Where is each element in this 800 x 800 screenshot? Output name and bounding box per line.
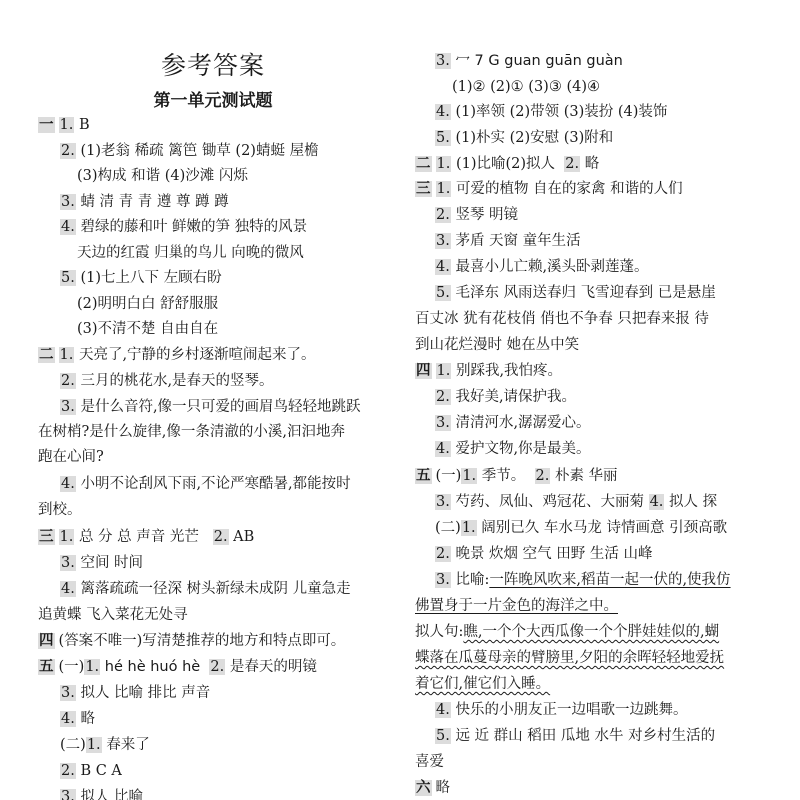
question-number: 1. bbox=[461, 468, 477, 484]
section-1-q4: 4. 碧绿的藤和叶 鲜嫩的笋 独特的风景 bbox=[60, 217, 307, 237]
answer-text: (答案不唯一)写清楚推荐的地方和特点即可。 bbox=[59, 633, 346, 649]
answer-text: 快乐的小朋友正一边唱歌一边跳舞。 bbox=[455, 702, 687, 718]
right-q5: 5. (1)朴实 (2)安慰 (3)附和 bbox=[435, 128, 613, 148]
section-1-q3: 3. 蜻 清 青 青 遵 尊 蹲 蹲 bbox=[60, 192, 229, 212]
answer-text: 天亮了,宁静的乡村逐渐喧闹起来了。 bbox=[79, 347, 316, 363]
answer-text: 跑在心间? bbox=[38, 447, 104, 467]
right-section-5-part2-q5: 5. 远 近 群山 稻田 瓜地 水牛 对乡村生活的 bbox=[435, 726, 715, 746]
right-section-3-q2: 2. 竖琴 明镜 bbox=[435, 205, 518, 225]
answer-text: 阔别已久 车水马龙 诗情画意 引颈高歌 bbox=[481, 520, 727, 536]
right-section-4-q1: 四1. 别踩我,我怕疼。 bbox=[415, 361, 562, 381]
answer-text: 毛泽东 风雨送春归 飞雪迎春到 已是悬崖 bbox=[455, 285, 715, 301]
right-section-3-q4: 4. 最喜小儿亡赖,溪头卧剥莲蓬。 bbox=[435, 257, 649, 277]
answer-text: (1)老翁 稀疏 篱笆 锄草 (2)蜻蜓 屋檐 bbox=[80, 143, 318, 159]
answer-text: 总 分 总 声音 光芒 bbox=[79, 529, 199, 545]
answer-text: 春来了 bbox=[106, 737, 150, 753]
question-number: 5. bbox=[435, 130, 451, 146]
answer-text: (3)不清不楚 自由自在 bbox=[77, 319, 218, 339]
question-number: 3. bbox=[435, 572, 451, 588]
question-number: 4. bbox=[60, 476, 76, 492]
question-number: 1. bbox=[436, 156, 452, 172]
answer-text: 略 bbox=[436, 780, 451, 796]
section-4: 四(答案不唯一)写清楚推荐的地方和特点即可。 bbox=[38, 631, 345, 651]
section-label: 五 bbox=[415, 468, 432, 484]
section-label: 二 bbox=[415, 156, 432, 172]
question-number: 3. bbox=[435, 494, 451, 510]
section-3-q1: 三1. 总 分 总 声音 光芒 2. AB bbox=[38, 527, 254, 547]
question-number: 4. bbox=[649, 494, 665, 510]
question-number: 3. bbox=[60, 194, 76, 210]
question-number: 3. bbox=[60, 399, 76, 415]
answer-text: 我好美,请保护我。 bbox=[455, 389, 576, 405]
answer-text: 拟人 探 bbox=[669, 494, 717, 510]
page-title: 参考答案 bbox=[38, 46, 388, 82]
question-number: 4. bbox=[435, 259, 451, 275]
question-number: 5. bbox=[435, 728, 451, 744]
answer-text: 朴素 华丽 bbox=[555, 468, 618, 484]
right-section-3-q1: 三1. 可爱的植物 自在的家禽 和谐的人们 bbox=[415, 179, 683, 199]
right-section-5-q3: 3. 芍药、凤仙、鸡冠花、大丽菊 4. 拟人 探 bbox=[435, 492, 717, 512]
answer-text: 季节。 bbox=[482, 468, 526, 484]
right-section-6: 六略 bbox=[415, 778, 450, 798]
answer-text: (2)明明白白 舒舒服服 bbox=[77, 294, 218, 314]
answer-text: 蜻 清 青 青 遵 尊 蹲 蹲 bbox=[80, 194, 228, 210]
right-section-4-q2: 2. 我好美,请保护我。 bbox=[435, 387, 576, 407]
answer-text: 是什么音符,像一只可爱的画眉鸟轻轻地跳跃 bbox=[80, 399, 360, 415]
question-number: 1. bbox=[436, 181, 452, 197]
part-label: (一) bbox=[436, 468, 462, 484]
underlined-answer: 一阵晚风吹来,稻苗一起一伏的,使我仿 bbox=[489, 572, 730, 588]
answer-text: 是春天的明镜 bbox=[230, 659, 317, 675]
personification-sentence: 拟人句:瞧,一个个大西瓜像一个个胖娃娃似的,蝴 bbox=[415, 622, 719, 642]
wavy-line: 着它们,催它们入睡。 bbox=[415, 674, 550, 694]
section-label: 四 bbox=[415, 363, 432, 379]
answer-text: 竖琴 明镜 bbox=[455, 207, 518, 223]
answer-text: B bbox=[79, 117, 90, 133]
answer-text: (1)率领 (2)带领 (3)装扮 (4)装饰 bbox=[455, 104, 667, 120]
answer-text: 清清河水,潺潺爱心。 bbox=[455, 415, 590, 431]
right-section-4-q4: 4. 爱护文物,你是最美。 bbox=[435, 439, 591, 459]
question-number: 4. bbox=[435, 441, 451, 457]
answer-text: 最喜小儿亡赖,溪头卧剥莲蓬。 bbox=[455, 259, 648, 275]
section-label: 一 bbox=[38, 117, 55, 133]
question-number: 2. bbox=[60, 763, 76, 779]
section-1-q1: 一1. B bbox=[38, 115, 90, 135]
unit-subtitle: 第一单元测试题 bbox=[38, 86, 388, 111]
answer-text: 到山花烂漫时 她在丛中笑 bbox=[415, 335, 579, 355]
answer-text: 在树梢?是什么旋律,像一条清澈的小溪,汩汩地奔 bbox=[38, 422, 345, 442]
question-number: 2. bbox=[564, 156, 580, 172]
section-label: 二 bbox=[38, 347, 55, 363]
answer-text: (1)② (2)① (3)③ (4)④ bbox=[452, 77, 600, 97]
question-number: 1. bbox=[461, 520, 477, 536]
wavy-underlined-answer: 蝶落在瓜蔓母亲的臂膀里,夕阳的余晖轻轻地爱抚 bbox=[415, 650, 724, 666]
question-number: 4. bbox=[60, 219, 76, 235]
answer-text: AB bbox=[233, 529, 254, 545]
answer-text: 空间 时间 bbox=[80, 555, 143, 571]
section-label: 六 bbox=[415, 780, 432, 796]
question-number: 5. bbox=[435, 285, 451, 301]
question-number: 3. bbox=[435, 415, 451, 431]
answer-text: 篱落疏疏一径深 树头新绿未成阴 儿童急走 bbox=[80, 581, 350, 597]
section-label: 三 bbox=[415, 181, 432, 197]
underlined-answer-text: 佛置身于一片金色的海洋之中。 bbox=[415, 598, 618, 614]
answer-text: 远 近 群山 稻田 瓜地 水牛 对乡村生活的 bbox=[455, 728, 715, 744]
answer-text: (1)比喻(2)拟人 bbox=[456, 156, 555, 172]
section-5-part2-q1: (二)1. 春来了 bbox=[60, 735, 150, 755]
answer-text: 茅盾 天窗 童年生活 bbox=[455, 233, 580, 249]
right-section-3-q5: 5. 毛泽东 风雨送春归 飞雪迎春到 已是悬崖 bbox=[435, 283, 716, 303]
right-section-5-part2-q4: 4. 快乐的小朋友正一边唱歌一边跳舞。 bbox=[435, 700, 687, 720]
part-label: (二) bbox=[435, 520, 461, 536]
question-number: 5. bbox=[60, 270, 76, 286]
section-2-q1: 二1. 天亮了,宁静的乡村逐渐喧闹起来了。 bbox=[38, 345, 316, 365]
section-5-part2-q3: 3. 拟人 比喻 bbox=[60, 787, 143, 800]
question-number: 2. bbox=[435, 207, 451, 223]
question-number: 3. bbox=[60, 555, 76, 571]
section-label: 三 bbox=[38, 529, 55, 545]
answer-text: 到校。 bbox=[38, 500, 82, 520]
wavy-line: 蝶落在瓜蔓母亲的臂膀里,夕阳的余晖轻轻地爱抚 bbox=[415, 648, 724, 668]
question-number: 1. bbox=[59, 529, 75, 545]
question-number: 4. bbox=[60, 581, 76, 597]
question-number: 1. bbox=[436, 363, 452, 379]
answer-text: B C A bbox=[80, 763, 121, 779]
question-number: 2. bbox=[209, 659, 225, 675]
answer-text: 芍药、凤仙、鸡冠花、大丽菊 bbox=[455, 494, 644, 510]
answer-text: 小明不论刮风下雨,不论严寒酷暑,都能按时 bbox=[80, 476, 350, 492]
section-2-q3: 3. 是什么音符,像一只可爱的画眉鸟轻轻地跳跃 bbox=[60, 397, 361, 417]
section-5-q3: 3. 拟人 比喻 排比 声音 bbox=[60, 683, 210, 703]
right-q3: 3. 冖 7 G guan guān guàn bbox=[435, 51, 623, 71]
section-5-part2-q2: 2. B C A bbox=[60, 761, 122, 781]
answer-text: 天边的红霞 归巢的鸟儿 向晚的微风 bbox=[77, 243, 304, 263]
question-number: 2. bbox=[213, 529, 229, 545]
question-number: 3. bbox=[60, 789, 76, 800]
section-2-q4: 4. 小明不论刮风下雨,不论严寒酷暑,都能按时 bbox=[60, 474, 351, 494]
answer-text: 三月的桃花水,是春天的竖琴。 bbox=[80, 373, 273, 389]
answer-text: 可爱的植物 自在的家禽 和谐的人们 bbox=[456, 181, 683, 197]
answer-text: 拟人 比喻 bbox=[80, 789, 143, 800]
question-number: 2. bbox=[60, 143, 76, 159]
question-number: 1. bbox=[86, 737, 102, 753]
answer-text: 晚景 炊烟 空气 田野 生活 山峰 bbox=[455, 546, 652, 562]
section-label: 五 bbox=[38, 659, 55, 675]
underlined-answer: 佛置身于一片金色的海洋之中。 bbox=[415, 596, 618, 616]
answer-text: 别踩我,我怕疼。 bbox=[456, 363, 562, 379]
answer-text: 碧绿的藤和叶 鲜嫩的笋 独特的风景 bbox=[80, 219, 307, 235]
right-section-2: 二1. (1)比喻(2)拟人 2. 略 bbox=[415, 154, 599, 174]
right-section-5-part2-q2: 2. 晚景 炊烟 空气 田野 生活 山峰 bbox=[435, 544, 653, 564]
answer-label: 拟人句: bbox=[415, 624, 463, 640]
answer-text: 略 bbox=[585, 156, 600, 172]
section-5-q1: 五(一)1. hé hè huó hè 2. 是春天的明镜 bbox=[38, 657, 317, 677]
question-number: 1. bbox=[84, 659, 100, 675]
question-number: 2. bbox=[60, 373, 76, 389]
question-number: 4. bbox=[435, 702, 451, 718]
question-number: 1. bbox=[59, 347, 75, 363]
section-5-q4: 4. 略 bbox=[60, 709, 95, 729]
right-section-3-q3: 3. 茅盾 天窗 童年生活 bbox=[435, 231, 581, 251]
answer-text: 追黄蝶 飞入菜花无处寻 bbox=[38, 605, 188, 625]
right-section-5-part2-q1: (二)1. 阔别已久 车水马龙 诗情画意 引颈高歌 bbox=[435, 518, 727, 538]
question-number: 4. bbox=[60, 711, 76, 727]
section-1-q2: 2. (1)老翁 稀疏 篱笆 锄草 (2)蜻蜓 屋檐 bbox=[60, 141, 319, 161]
wavy-underlined-answer: 瞧,一个个大西瓜像一个个胖娃娃似的,蝴 bbox=[463, 624, 719, 640]
right-q4: 4. (1)率领 (2)带领 (3)装扮 (4)装饰 bbox=[435, 102, 667, 122]
question-number: 3. bbox=[60, 685, 76, 701]
wavy-underlined-answer: 着它们,催它们入睡。 bbox=[415, 676, 550, 692]
section-2-q2: 2. 三月的桃花水,是春天的竖琴。 bbox=[60, 371, 274, 391]
answer-text: 拟人 比喻 排比 声音 bbox=[80, 685, 210, 701]
section-3-q4: 4. 篱落疏疏一径深 树头新绿未成阴 儿童急走 bbox=[60, 579, 351, 599]
answer-text: (3)构成 和谐 (4)沙滩 闪烁 bbox=[77, 166, 248, 186]
question-number: 4. bbox=[435, 104, 451, 120]
question-number: 2. bbox=[535, 468, 551, 484]
answer-text: 冖 7 G guan guān guàn bbox=[455, 53, 622, 69]
answer-text: 喜爱 bbox=[415, 752, 444, 772]
answer-text: (1)朴实 (2)安慰 (3)附和 bbox=[455, 130, 613, 146]
section-label: 四 bbox=[38, 633, 55, 649]
question-number: 3. bbox=[435, 233, 451, 249]
right-section-5-part2-q3: 3. 比喻:一阵晚风吹来,稻苗一起一伏的,使我仿 bbox=[435, 570, 731, 590]
answer-text: 百丈冰 犹有花枝俏 俏也不争春 只把春来报 待 bbox=[415, 309, 709, 329]
answer-text: hé hè huó hè bbox=[105, 659, 200, 675]
question-number: 3. bbox=[435, 53, 451, 69]
section-1-q5: 5. (1)七上八下 左顾右盼 bbox=[60, 268, 222, 288]
right-section-4-q3: 3. 清清河水,潺潺爱心。 bbox=[435, 413, 591, 433]
answer-text: 略 bbox=[80, 711, 95, 727]
question-number: 1. bbox=[59, 117, 75, 133]
right-section-5-q1: 五(一)1. 季节。 2. 朴素 华丽 bbox=[415, 466, 618, 486]
section-3-q3: 3. 空间 时间 bbox=[60, 553, 143, 573]
question-number: 2. bbox=[435, 389, 451, 405]
answer-text: 爱护文物,你是最美。 bbox=[455, 441, 590, 457]
part-label: (一) bbox=[59, 659, 85, 675]
part-label: (二) bbox=[60, 737, 86, 753]
question-number: 2. bbox=[435, 546, 451, 562]
answer-label: 比喻: bbox=[455, 572, 489, 588]
answer-text: (1)七上八下 左顾右盼 bbox=[80, 270, 221, 286]
